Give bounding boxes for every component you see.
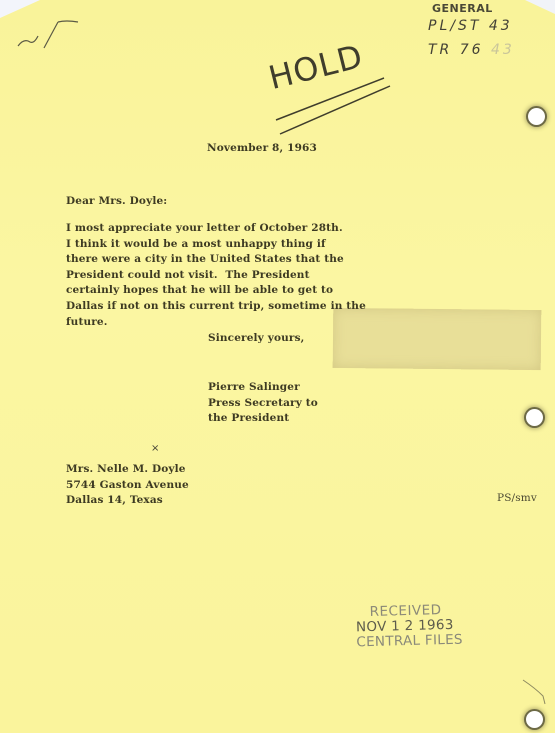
body-line: future. — [66, 315, 366, 331]
filing-code-2-faded: 43 — [491, 42, 515, 58]
body-line: President could not visit. The President — [66, 268, 366, 284]
recipient-address: Mrs. Nelle M. Doyle 5744 Gaston Avenue D… — [66, 462, 189, 509]
letter-date: November 8, 1963 — [207, 141, 317, 157]
body-line: Dallas if not on this current trip, some… — [66, 299, 366, 315]
signature-block: Pierre Salinger Press Secretary to the P… — [208, 380, 318, 427]
filing-stamp: GENERAL — [432, 2, 493, 15]
salutation: Dear Mrs. Doyle: — [66, 194, 167, 210]
received-stamp: RECEIVED NOV 1 2 1963 CENTRAL FILES — [355, 603, 463, 651]
hold-underline — [262, 44, 402, 139]
signer-title-line1: Press Secretary to — [208, 396, 318, 412]
filing-code-1: PL/ST 43 — [428, 18, 513, 34]
filing-code-2: TR 76 43 — [428, 42, 515, 58]
received-stamp-line3: CENTRAL FILES — [356, 633, 463, 651]
recipient-street: 5744 Gaston Avenue — [66, 478, 189, 494]
recipient-city: Dallas 14, Texas — [66, 493, 189, 509]
letter-page: GENERAL PL/ST 43 TR 76 43 HOLD November … — [0, 0, 555, 733]
pencil-mark — [515, 670, 555, 710]
body-line: certainly hopes that he will be able to … — [66, 283, 366, 299]
letter-body: I most appreciate your letter of October… — [66, 221, 366, 330]
torn-corner-right — [525, 0, 555, 14]
closing: Sincerely yours, — [208, 331, 304, 347]
corner-scribble — [10, 8, 80, 58]
recipient-name: Mrs. Nelle M. Doyle — [66, 462, 189, 478]
body-line: I most appreciate your letter of October… — [66, 221, 366, 237]
punch-hole-bottom — [526, 711, 543, 728]
filing-code-2-main: TR 76 — [428, 42, 484, 58]
reference-initials: PS/smv — [497, 491, 537, 507]
punch-hole-middle — [526, 409, 543, 426]
body-line: there were a city in the United States t… — [66, 252, 366, 268]
punch-hole-top — [528, 108, 545, 125]
body-line: I think it would be a most unhappy thing… — [66, 237, 366, 253]
signer-name: Pierre Salinger — [208, 380, 318, 396]
address-x-mark: × — [151, 443, 159, 454]
signer-title-line2: the President — [208, 411, 318, 427]
